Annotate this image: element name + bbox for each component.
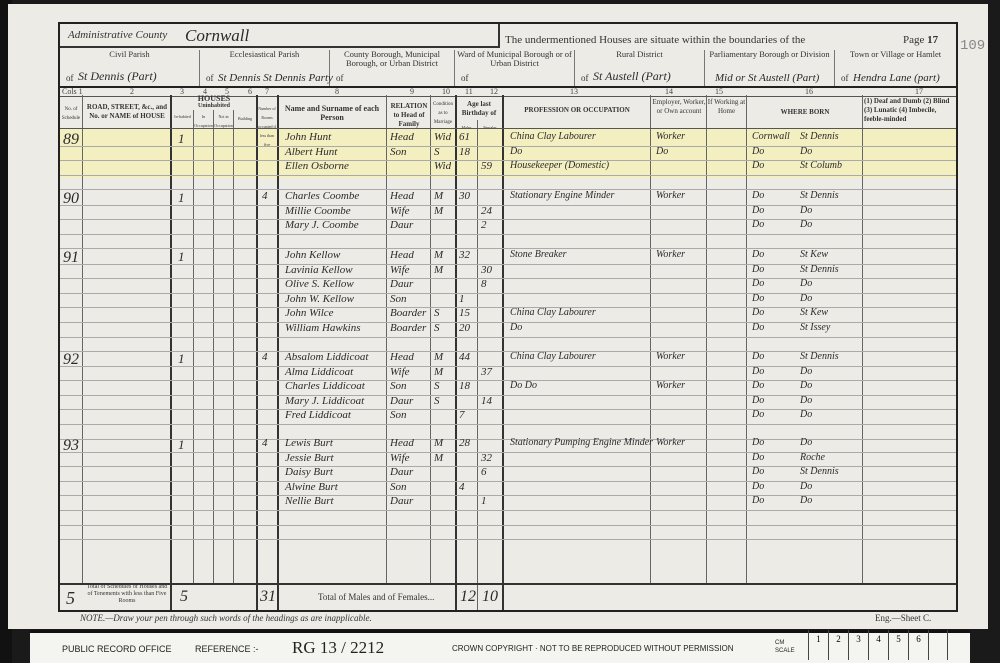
person-relation: Head <box>390 131 414 143</box>
person-name: John Wilce <box>285 307 334 319</box>
person-male-age: 1 <box>459 293 465 305</box>
area-headers: Civil ParishofSt Dennis (Part) Ecclesias… <box>60 50 956 86</box>
person-born-county: Do <box>752 307 764 318</box>
row-line <box>60 539 956 540</box>
header-uninhabited: Uninhabited <box>194 102 234 111</box>
person-born-county: Do <box>752 366 764 377</box>
col-divider <box>213 110 214 583</box>
person-condition: S <box>434 322 440 334</box>
row-line <box>60 380 956 381</box>
person-born-county: Do <box>752 249 764 260</box>
person-male-age: 61 <box>459 131 470 143</box>
header-inhabited: In-habited <box>172 112 193 121</box>
person-born-parish: Do <box>800 409 812 420</box>
person-born-county: Do <box>752 293 764 304</box>
person-male-age: 7 <box>459 409 465 421</box>
reference-label: REFERENCE :- <box>195 644 259 654</box>
person-born-county: Do <box>752 380 764 391</box>
person-born-parish: St Dennis <box>800 190 839 201</box>
row-line <box>60 234 956 235</box>
person-born-parish: Do <box>800 146 812 157</box>
person-female-age: 1 <box>481 495 487 507</box>
person-occupation: Stone Breaker <box>510 249 567 260</box>
person-born-parish: St Dennis <box>800 131 839 142</box>
houses-total: 5 <box>180 588 188 606</box>
person-name: John Hunt <box>285 131 331 143</box>
person-relation: Head <box>390 190 414 202</box>
person-name: Fred Liddicoat <box>285 409 351 421</box>
area-county-borough: County Borough, Municipal Borough, or Ur… <box>330 50 455 86</box>
person-condition: M <box>434 452 443 464</box>
person-name: Daisy Burt <box>285 466 333 478</box>
person-employer: Worker <box>656 380 685 391</box>
person-born-parish: St Columb <box>800 160 842 171</box>
person-condition: M <box>434 351 443 363</box>
rooms-count: 4 <box>262 351 268 363</box>
header-road: ROAD, STREET, &c., and No. or NAME of HO… <box>84 103 170 121</box>
person-relation: Son <box>390 380 407 392</box>
person-male-age: 15 <box>459 307 470 319</box>
person-occupation: Stationary Pumping Engine Minder <box>510 437 653 448</box>
person-born-parish: St Dennis <box>800 351 839 362</box>
person-female-age: 14 <box>481 395 492 407</box>
person-name: Nellie Burt <box>285 495 334 507</box>
person-relation: Daur <box>390 466 413 478</box>
person-occupation: Do <box>510 146 522 157</box>
header-building: Building <box>234 114 256 123</box>
person-relation: Daur <box>390 278 413 290</box>
person-name: Ellen Osborne <box>285 160 349 172</box>
rooms-count: 4 <box>262 437 268 449</box>
person-born-county: Do <box>752 278 764 289</box>
females-total: 10 <box>482 588 498 606</box>
person-male-age: 32 <box>459 249 470 261</box>
col-divider <box>277 95 279 610</box>
person-condition: S <box>434 146 440 158</box>
person-condition: S <box>434 307 440 319</box>
person-born-county: Do <box>752 190 764 201</box>
row-line <box>60 510 956 511</box>
person-born-county: Cornwall <box>752 131 790 142</box>
inhabited-count: 1 <box>178 249 185 265</box>
person-born-county: Do <box>752 322 764 333</box>
row-line <box>60 495 956 496</box>
person-relation: Son <box>390 481 407 493</box>
person-male-age: 18 <box>459 380 470 392</box>
person-occupation: Housekeeper (Domestic) <box>510 160 609 171</box>
area-civil-parish: Civil ParishofSt Dennis (Part) <box>60 50 200 86</box>
person-condition: S <box>434 395 440 407</box>
totals-divider <box>60 583 956 585</box>
row-line <box>60 395 956 396</box>
person-born-county: Do <box>752 146 764 157</box>
area-town-village: Town or Village or HamletofHendra Lane (… <box>835 50 956 86</box>
header-infirmity: (1) Deaf and Dumb (2) Blind (3) Lunatic … <box>864 97 956 124</box>
person-born-parish: Do <box>800 205 812 216</box>
person-female-age: 30 <box>481 264 492 276</box>
person-born-county: Do <box>752 205 764 216</box>
person-employer: Worker <box>656 351 685 362</box>
person-born-parish: St Dennis <box>800 466 839 477</box>
person-name: Millie Coombe <box>285 205 351 217</box>
person-name: William Hawkins <box>285 322 360 334</box>
person-name: John W. Kellow <box>285 293 354 305</box>
inhabited-count: 1 <box>178 190 185 206</box>
person-male-age: 28 <box>459 437 470 449</box>
person-born-county: Do <box>752 481 764 492</box>
row-line <box>60 409 956 410</box>
person-condition: M <box>434 264 443 276</box>
inhabited-count: 1 <box>178 351 185 367</box>
person-condition: M <box>434 190 443 202</box>
person-born-county: Do <box>752 466 764 477</box>
person-condition: M <box>434 205 443 217</box>
person-born-parish: St Dennis <box>800 264 839 275</box>
persons-total-label: Total of Males and of Females... <box>318 592 434 602</box>
person-born-parish: Do <box>800 278 812 289</box>
person-relation: Daur <box>390 495 413 507</box>
person-name: Charles Liddicoat <box>285 380 365 392</box>
person-name: Lavinia Kellow <box>285 264 353 276</box>
row-line <box>60 481 956 482</box>
schedules-total: 5 <box>66 588 75 609</box>
row-line <box>60 219 956 220</box>
person-relation: Wife <box>390 452 410 464</box>
row-line <box>60 146 956 147</box>
header-rooms: Number of Rooms occupied if less than fi… <box>257 104 277 149</box>
person-condition: S <box>434 380 440 392</box>
person-relation: Son <box>390 146 407 158</box>
person-condition: M <box>434 249 443 261</box>
admin-county-box: Administrative County Cornwall <box>60 24 500 48</box>
person-born-county: Do <box>752 264 764 275</box>
person-name: John Kellow <box>285 249 340 261</box>
person-name: Olive S. Kellow <box>285 278 354 290</box>
col-divider <box>256 95 258 610</box>
person-employer: Worker <box>656 249 685 260</box>
person-born-parish: Do <box>800 437 812 448</box>
header-condition: Condition as to Marriage <box>431 100 455 127</box>
person-relation: Boarder <box>390 307 426 319</box>
header-at-home: If Working at Home <box>707 98 746 116</box>
person-born-parish: Do <box>800 366 812 377</box>
area-ecclesiastical-parish: Ecclesiastical ParishofSt Dennis St Denn… <box>200 50 330 86</box>
row-line <box>60 525 956 526</box>
row-line <box>60 278 956 279</box>
header-age: Age last Birthday of <box>456 100 502 118</box>
person-name: Alwine Burt <box>285 481 338 493</box>
header-employer: Employer, Worker, or Own account <box>652 98 706 116</box>
person-relation: Daur <box>390 395 413 407</box>
admin-county-value: Cornwall <box>185 26 249 46</box>
person-born-parish: St Issey <box>800 322 830 333</box>
inhabited-count: 1 <box>178 131 185 147</box>
person-name: Mary J. Coombe <box>285 219 359 231</box>
row-line <box>60 366 956 367</box>
sheet-label: Eng.—Sheet C. <box>875 613 931 623</box>
person-born-county: Do <box>752 409 764 420</box>
scale-label: CM SCALE <box>775 639 795 655</box>
rooms-total: 31 <box>260 588 276 606</box>
person-born-county: Do <box>752 395 764 406</box>
person-relation: Head <box>390 437 414 449</box>
person-relation: Head <box>390 249 414 261</box>
folio-stamp: 109 <box>960 38 985 54</box>
person-occupation: China Clay Labourer <box>510 131 596 142</box>
row-line <box>60 293 956 294</box>
copyright-notice: CROWN COPYRIGHT · NOT TO BE REPRODUCED W… <box>452 644 734 653</box>
header-schedule: No. of Schedule <box>60 105 82 123</box>
person-relation: Head <box>390 351 414 363</box>
person-born-county: Do <box>752 219 764 230</box>
person-relation: Boarder <box>390 322 426 334</box>
schedules-total-label: Total of Schedules of Houses and of Tene… <box>84 584 170 605</box>
person-male-age: 20 <box>459 322 470 334</box>
person-occupation: China Clay Labourer <box>510 307 596 318</box>
person-name: Charles Coombe <box>285 190 359 202</box>
person-relation: Wife <box>390 205 410 217</box>
person-born-county: Do <box>752 160 764 171</box>
person-born-parish: St Kew <box>800 249 828 260</box>
page-number: Page 17 <box>903 34 938 46</box>
person-relation: Wife <box>390 366 410 378</box>
person-employer: Worker <box>656 190 685 201</box>
person-born-parish: Do <box>800 380 812 391</box>
person-female-age: 32 <box>481 452 492 464</box>
person-name: Absalom Liddicoat <box>285 351 368 363</box>
row-line <box>60 337 956 338</box>
person-employer: Worker <box>656 437 685 448</box>
person-female-age: 8 <box>481 278 487 290</box>
person-name: Albert Hunt <box>285 146 337 158</box>
header-relation: RELATION to Head of Family <box>388 102 430 129</box>
area-rural-district: Rural DistrictofSt Austell (Part) <box>575 50 705 86</box>
person-occupation: Stationary Engine Minder <box>510 190 614 201</box>
person-born-county: Do <box>752 495 764 506</box>
person-name: Mary J. Liddicoat <box>285 395 364 407</box>
row-line <box>60 205 956 206</box>
person-name: Alma Liddicoat <box>285 366 353 378</box>
males-total: 12 <box>460 588 476 606</box>
header-where-born: WHERE BORN <box>748 108 862 117</box>
person-relation: Son <box>390 409 407 421</box>
col-divider <box>170 95 172 610</box>
person-name: Jessie Burt <box>285 452 334 464</box>
person-condition: M <box>434 437 443 449</box>
person-relation: Son <box>390 293 407 305</box>
person-relation: Wife <box>390 264 410 276</box>
person-female-age: 2 <box>481 219 487 231</box>
person-born-county: Do <box>752 452 764 463</box>
person-condition: Wid <box>434 160 451 172</box>
person-condition: M <box>434 366 443 378</box>
col-divider <box>455 95 457 610</box>
header-divider <box>60 128 956 129</box>
admin-county-label: Administrative County <box>68 29 167 41</box>
person-born-county: Do <box>752 437 764 448</box>
area-ward: Ward of Municipal Borough or of Urban Di… <box>455 50 575 86</box>
intro-text: The undermentioned Houses are situate wi… <box>505 34 805 46</box>
header-name: Name and Surname of each Person <box>280 104 384 122</box>
person-male-age: 44 <box>459 351 470 363</box>
row-line <box>60 175 956 176</box>
cm-scale: 1 2 3 4 5 6 <box>808 630 948 660</box>
person-relation: Daur <box>390 219 413 231</box>
inhabited-count: 1 <box>178 437 185 453</box>
area-parliamentary-borough: Parliamentary Borough or DivisionMid or … <box>705 50 835 86</box>
person-born-parish: Roche <box>800 452 825 463</box>
office-label: PUBLIC RECORD OFFICE <box>62 644 172 654</box>
person-condition: Wid <box>434 131 451 143</box>
person-name: Lewis Burt <box>285 437 333 449</box>
person-female-age: 37 <box>481 366 492 378</box>
person-employer: Do <box>656 146 668 157</box>
person-male-age: 30 <box>459 190 470 202</box>
row-line <box>60 424 956 425</box>
person-born-parish: Do <box>800 495 812 506</box>
person-born-parish: Do <box>800 219 812 230</box>
person-female-age: 6 <box>481 466 487 478</box>
person-born-parish: Do <box>800 481 812 492</box>
person-occupation: China Clay Labourer <box>510 351 596 362</box>
person-occupation: Do <box>510 322 522 333</box>
person-female-age: 24 <box>481 205 492 217</box>
row-line <box>60 439 956 440</box>
col-divider <box>502 95 504 610</box>
reference-number: RG 13 / 2212 <box>292 638 384 658</box>
person-born-parish: Do <box>800 395 812 406</box>
col-divider <box>193 110 194 583</box>
person-born-parish: Do <box>800 293 812 304</box>
header-occupation: PROFESSION OR OCCUPATION <box>504 106 650 115</box>
col-divider <box>233 110 234 583</box>
person-employer: Worker <box>656 131 685 142</box>
rooms-count: 4 <box>262 190 268 202</box>
person-male-age: 4 <box>459 481 465 493</box>
person-female-age: 59 <box>481 160 492 172</box>
person-born-county: Do <box>752 351 764 362</box>
person-born-parish: St Kew <box>800 307 828 318</box>
footer-note: NOTE.—Draw your pen through such words o… <box>80 613 372 623</box>
person-occupation: Do Do <box>510 380 537 391</box>
person-male-age: 18 <box>459 146 470 158</box>
